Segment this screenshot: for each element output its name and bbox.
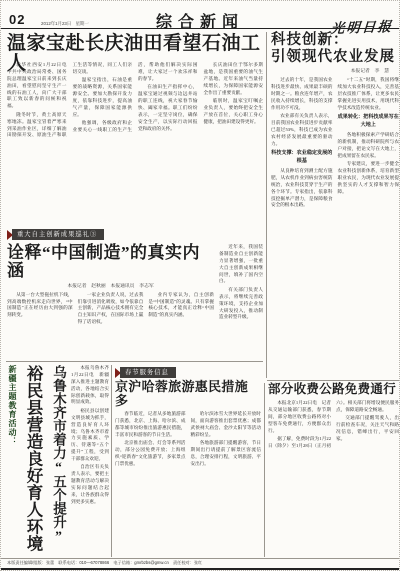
travel-article-headline: 京沪哈蓉旅游惠民措施多 bbox=[115, 380, 261, 407]
footer-rule bbox=[1, 558, 400, 559]
roads-article-body: 本报北京1月22日电 记者从交通运输部门获悉，春节期间，部分地区收费公路将对小型… bbox=[268, 400, 399, 542]
tech-article-headline-line1: 科技创新： bbox=[271, 32, 399, 49]
header-rule bbox=[1, 28, 400, 29]
roads-article-headline: 部分收费公路免费通行 bbox=[268, 383, 399, 396]
column-divider bbox=[264, 383, 265, 557]
mic-article-headline: 诠释“中国制造”的真实内涵 bbox=[7, 244, 214, 280]
column-divider bbox=[266, 32, 267, 378]
newspaper-page: 02 2012年1月23日 星期一 综合新闻 光明日报 温家宝赴长庆油田看望石油… bbox=[0, 0, 400, 571]
tech-article-byline: 本报记者 李 慧 bbox=[271, 67, 399, 74]
mic-article-byline: 本报记者 赵秋丽 本报通讯员 李志军 bbox=[7, 282, 214, 289]
mic-series-tag-label: 重大自主创新成果巡礼③ bbox=[12, 229, 104, 240]
section-divider bbox=[6, 361, 263, 362]
tech-article-headline-line2: 引领现代农业发展 bbox=[271, 49, 399, 66]
xinjiang-article-headline-line1: 裕民县营造良好育人环境 bbox=[21, 365, 45, 557]
tech-article: 科技创新： 引领现代农业发展 本报记者 李 慧 过去的十年，是我国农业科技进步最… bbox=[271, 32, 399, 377]
travel-article: 京沪哈蓉旅游惠民措施多 春节临近，记者从多地旅游部门获悉，北京、上海、哈尔滨、成… bbox=[115, 365, 261, 556]
xinjiang-article-tag: 新疆主题教育活动： bbox=[7, 365, 18, 557]
mic-article: 诠释“中国制造”的真实内涵 本报记者 赵秋丽 本报通讯员 李志军 从第一台大型拖… bbox=[7, 244, 263, 358]
travel-article-body: 春节临近，记者从多地旅游部门获悉，北京、上海、哈尔滨、成都等城市纷纷推出旅游惠民… bbox=[115, 411, 261, 556]
xinjiang-article-headline-line2: 乌鲁木齐市着力“五个提升” bbox=[48, 365, 68, 557]
main-article-body: 新华社西安1月22日电 中共中央政治局常委、国务院总理温家宝日前来到长庆油田，看… bbox=[7, 62, 263, 226]
xinjiang-article-body: 本报乌鲁木齐1月22日电 新疆深入推进主题教育活动，各地结合实际创新载体，取得明… bbox=[71, 365, 109, 557]
mic-article-side-column: 近年来，我国装备制造业自主创新能力显著增强，一批重大自主创新成果相继问世，填补了… bbox=[219, 244, 263, 358]
xinjiang-article: 新疆主题教育活动： 裕民县营造良好育人环境 乌鲁木齐市着力“五个提升” 本报乌鲁… bbox=[7, 365, 109, 557]
roads-article: 部分收费公路免费通行 本报北京1月22日电 记者从交通运输部门获悉，春节期间，部… bbox=[268, 383, 399, 542]
mic-article-main: 诠释“中国制造”的真实内涵 本报记者 赵秋丽 本报通讯员 李志军 从第一台大型拖… bbox=[7, 244, 214, 358]
section-divider bbox=[267, 380, 399, 381]
tech-article-body: 过去的十年，是我国农业科技进步最快、成果最丰硕的时期之一。粮食连年增产，农民收入… bbox=[271, 77, 399, 377]
mic-series-tag: 重大自主创新成果巡礼③ bbox=[7, 229, 104, 240]
footer-credits: 本版责任编辑/组版：张蕾 联系电话：010—67078866 电子信箱：gmrb… bbox=[7, 560, 202, 566]
column-divider bbox=[111, 365, 112, 557]
